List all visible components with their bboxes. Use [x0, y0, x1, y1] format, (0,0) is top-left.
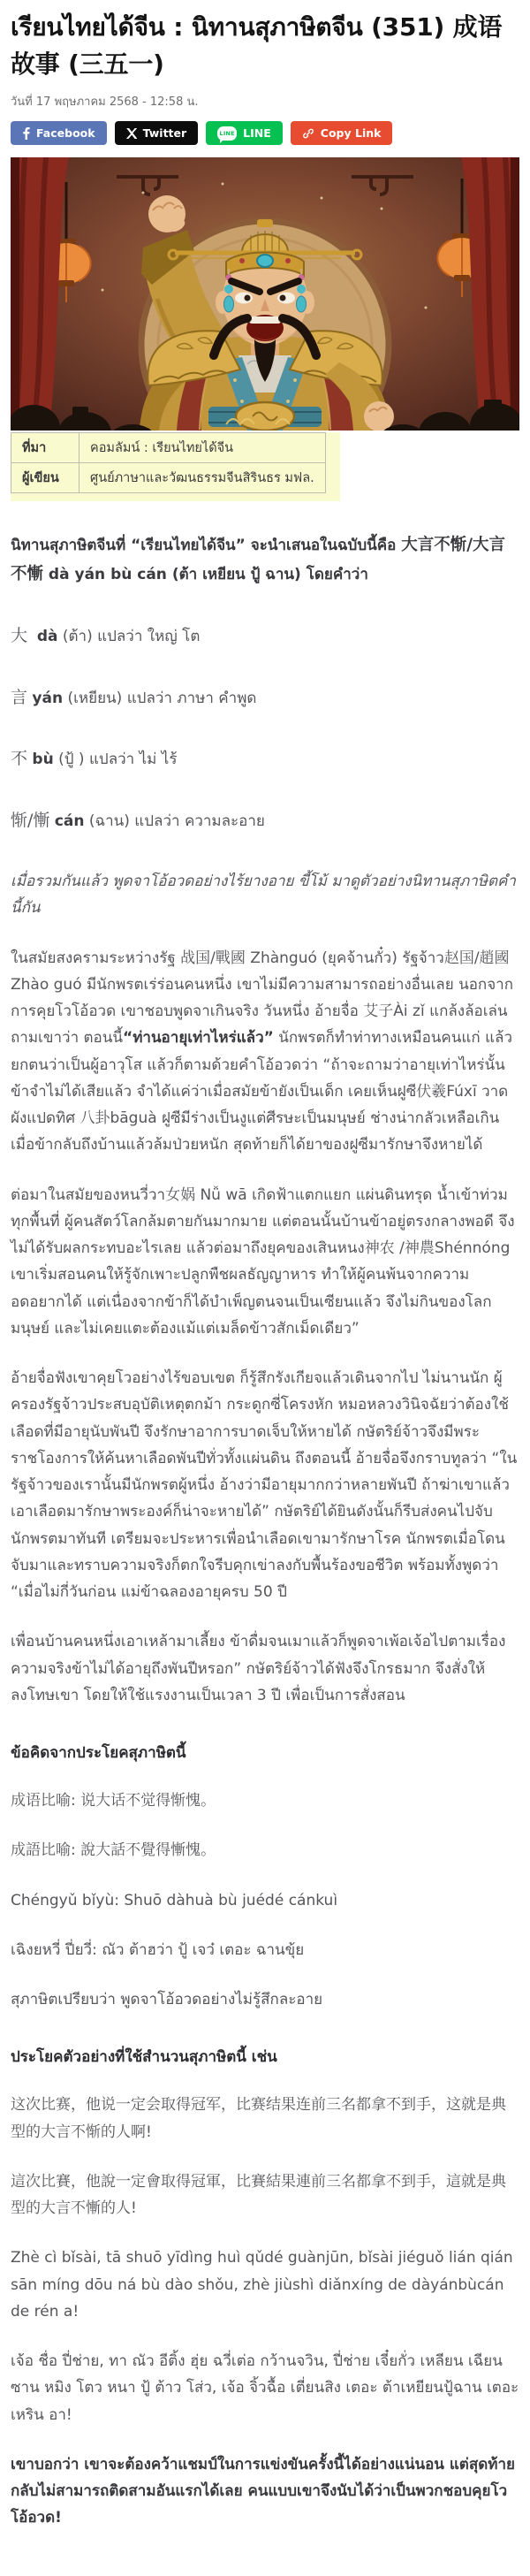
line-icon: LINE	[217, 126, 237, 141]
twitter-label: Twitter	[143, 126, 187, 140]
vocab-han: 惭/慚	[11, 811, 49, 830]
vocab-line: 惭/慚 cán (ฉาน) แปลว่า ความละอาย	[11, 806, 519, 836]
examples-heading: ประโยคตัวอย่างที่ใช้สำนวนสุภาษิตนี้ เช่น	[11, 2045, 519, 2069]
summary-note: เมื่อรวมกันแล้ว พูดจาโอ้อวดอย่างไร้ยางอา…	[11, 868, 519, 922]
link-icon	[302, 127, 314, 140]
publish-date: วันที่ 17 พฤษภาคม 2568 - 12:58 น.	[11, 92, 519, 111]
hero-image	[11, 157, 519, 431]
moral-line-thai-meaning: สุภาษิตเปรียบว่า พูดจาโอ้อวดอย่างไม่รู้ส…	[11, 1986, 519, 2013]
vocab-line: 言 yán (เหยียน) แปลว่า ภาษา คำพูด	[11, 683, 519, 713]
share-bar: Facebook Twitter LINE LINE Copy Link	[11, 121, 519, 145]
example-simplified: 这次比赛，他说一定会取得冠军，比赛结果连前三名都拿不到手，这就是典型的大言不惭的…	[11, 2092, 519, 2145]
intro-pre: นิทานสุภาษิตจีนที่ “เรียนไทยได้จีน” จะนำ…	[11, 537, 401, 554]
facebook-icon	[22, 127, 30, 140]
vocab-gloss: (เหยียน) แปลว่า ภาษา คำพูด	[63, 690, 256, 707]
example-pinyin: Zhè cì bǐsài, tā shuō yīdìng huì qǔdé gu…	[11, 2244, 519, 2325]
intro-paragraph: นิทานสุภาษิตจีนที่ “เรียนไทยได้จีน” จะนำ…	[11, 531, 519, 590]
article-page: เรียนไทยได้จีน : นิทานสุภาษิตจีน (351) 成…	[0, 0, 530, 2576]
x-twitter-icon	[126, 128, 137, 139]
caption-source-value: คอมลัมน์ : เรียนไทยได้จีน	[79, 433, 326, 463]
vocab-line: 大 dà (ต้า) แปลว่า ใหญ่ โต	[11, 621, 519, 652]
vocab-han: 大	[11, 626, 27, 645]
caption-source-label: ที่มา	[11, 433, 79, 463]
image-caption-box: ที่มา คอมลัมน์ : เรียนไทยได้จีน ผู้เขียน…	[11, 432, 340, 501]
line-icon-label: LINE	[220, 130, 235, 137]
vocab-pinyin: cán	[55, 812, 85, 830]
facebook-label: Facebook	[36, 126, 95, 140]
vocab-han: 言	[11, 688, 27, 707]
line-share-button[interactable]: LINE LINE	[206, 121, 283, 145]
vocab-pinyin: dà	[37, 628, 58, 645]
page-title: เรียนไทยได้จีน : นิทานสุภาษิตจีน (351) 成…	[11, 9, 519, 83]
intro-post: (ต้า เหยียน ปู้ ฉาน) โดยคำว่า	[172, 566, 368, 583]
story-paragraph-3: อ้ายจื่อฟังเขาคุยโวอย่างไร้ขอบเขต ก็รู้ส…	[11, 1365, 519, 1605]
vocab-gloss: (ปู้ ) แปลว่า ไม่ ไร้	[54, 751, 178, 768]
vocab-line: 不 bù (ปู้ ) แปลว่า ไม่ ไร้	[11, 744, 519, 774]
example-thai-translit: เจ้อ ชื่อ ปี่ช่าย, ทา ณัว อีติ้ง ฮุ่ย ฉว…	[11, 2348, 519, 2428]
story-paragraph-4: เพื่อนบ้านคนหนึ่งเอาเหล้ามาเลี้ยง ข้าดื่…	[11, 1628, 519, 1709]
story-p1-quote: “ท่านอายุเท่าไหร่แล้ว”	[123, 1029, 274, 1047]
story-paragraph-1: ในสมัยสงครามระหว่างรัฐ 战国/戰國 Zhànguó (ยุ…	[11, 945, 519, 1159]
moral-line-simplified: 成语比喻: 说大话不觉得惭愧。	[11, 1787, 519, 1814]
caption-row-source: ที่มา คอมลัมน์ : เรียนไทยได้จีน	[11, 433, 326, 463]
copy-link-label: Copy Link	[321, 126, 382, 140]
caption-author-value: ศูนย์ภาษาและวัฒนธรรมจีนสิรินธร มฟล.	[79, 463, 326, 493]
moral-line-traditional: 成語比喻: 說大話不覺得慚愧。	[11, 1837, 519, 1863]
line-label: LINE	[243, 126, 271, 140]
caption-table: ที่มา คอมลัมน์ : เรียนไทยได้จีน ผู้เขียน…	[11, 432, 326, 493]
emperor-illustration	[11, 157, 519, 431]
example-thai-meaning: เขาบอกว่า เขาจะต้องคว้าแชมป์ในการแข่งขัน…	[11, 2451, 519, 2532]
story-paragraph-2: ต่อมาในสมัยของหนวี่วา女娲 Nǚ wā เกิดฟ้าแตก…	[11, 1182, 519, 1343]
vocab-gloss: (ฉาน) แปลว่า ความละอาย	[84, 812, 264, 830]
facebook-share-button[interactable]: Facebook	[11, 121, 107, 145]
intro-pinyin: dà yán bù cán	[43, 566, 172, 583]
example-traditional: 這次比賽，他說一定會取得冠軍，比賽結果連前三名都拿不到手，這就是典型的大言不慚的…	[11, 2168, 519, 2222]
twitter-share-button[interactable]: Twitter	[115, 121, 199, 145]
vocab-gloss: (ต้า) แปลว่า ใหญ่ โต	[57, 628, 200, 645]
copy-link-button[interactable]: Copy Link	[291, 121, 393, 145]
moral-line-pinyin: Chéngyǔ bǐyù: Shuō dàhuà bù juédé cánkuì	[11, 1887, 519, 1914]
caption-author-label: ผู้เขียน	[11, 463, 79, 493]
story-p1-post: นักพรตก็ทำท่าทางเหมือนคนแก่ แล้วยกตนว่าเ…	[11, 1029, 512, 1154]
vocab-pinyin: bù	[32, 751, 53, 768]
caption-row-author: ผู้เขียน ศูนย์ภาษาและวัฒนธรรมจีนสิรินธร …	[11, 463, 326, 493]
vocab-han: 不	[11, 749, 27, 768]
moral-heading: ข้อคิดจากประโยคสุภาษิตนี้	[11, 1741, 519, 1764]
moral-line-thai-translit: เฉิงยหวี่ ปี่ยวี่: ณัว ต้าฮว่า ปู้ เจว๋ …	[11, 1937, 519, 1963]
vocab-pinyin: yán	[32, 690, 63, 707]
